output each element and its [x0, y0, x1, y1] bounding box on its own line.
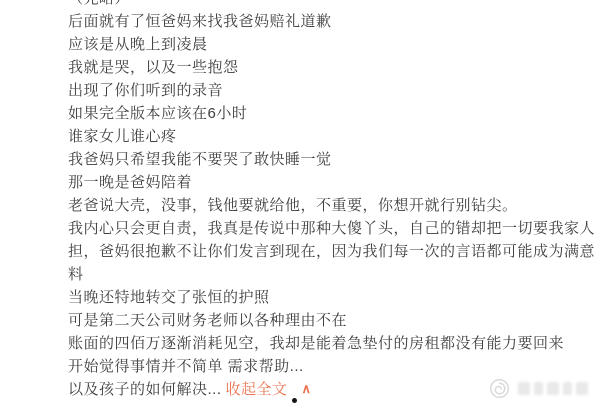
watermark-glyph	[576, 382, 588, 395]
post-line: 我就是哭，以及一些抱怨	[68, 56, 592, 79]
post-line: 当晚还特地转交了张恒的护照	[68, 286, 592, 309]
post-line: 谁家女儿谁心疼	[68, 125, 592, 148]
weibo-eye-icon	[488, 377, 511, 400]
post-line: 出现了你们听到的录音	[68, 79, 592, 102]
collapse-full-text-link[interactable]: 收起全文	[226, 378, 288, 401]
watermark-glyph	[563, 382, 572, 395]
post-line: 我内心只会更自责，我真是传说中那种大傻丫头，自己的错却把一切要我家人承	[68, 217, 592, 240]
watermark-glyph	[518, 382, 530, 395]
watermark-glyph	[547, 382, 559, 395]
post-line: 账面的四佰万逐渐消耗见空，我却是能着急垫付的房租都没有能力要回来	[68, 332, 592, 355]
post-line: 那一晚是爸妈陪着	[68, 171, 592, 194]
post-line: 可是第二天公司财务老师以各种理由不在	[68, 309, 592, 332]
post-line-clipped: （先略）	[68, 0, 592, 10]
post-line: 开始觉得事情并不简单 需求帮助...	[68, 355, 592, 378]
post-line: 如果完全版本应该在6小时	[68, 102, 592, 125]
post-line: 我爸妈只希望我能不要哭了敢快睡一觉	[68, 148, 592, 171]
post-line: 老爸说大壳，没事，钱他要就给他，不重要，你想开就行别钻尖。	[68, 194, 592, 217]
post-line: 后面就有了恒爸妈来找我爸妈赔礼道歉	[68, 10, 592, 33]
black-dot	[292, 398, 297, 403]
watermark-glyph	[534, 382, 543, 395]
post-line-text: 以及孩子的如何解决...	[68, 378, 222, 401]
weibo-watermark	[488, 377, 588, 400]
post-line: 应该是从晚上到凌晨	[68, 33, 592, 56]
weibo-post-text: （先略） 后面就有了恒爸妈来找我爸妈赔礼道歉 应该是从晚上到凌晨 我就是哭，以及…	[68, 0, 592, 401]
post-line: 料	[68, 263, 592, 286]
chevron-up-icon[interactable]: ∧	[302, 377, 312, 400]
post-line: 担，爸妈很抱歉不让你们发言到现在，因为我们每一次的言语都可能成为满意的	[68, 240, 592, 263]
